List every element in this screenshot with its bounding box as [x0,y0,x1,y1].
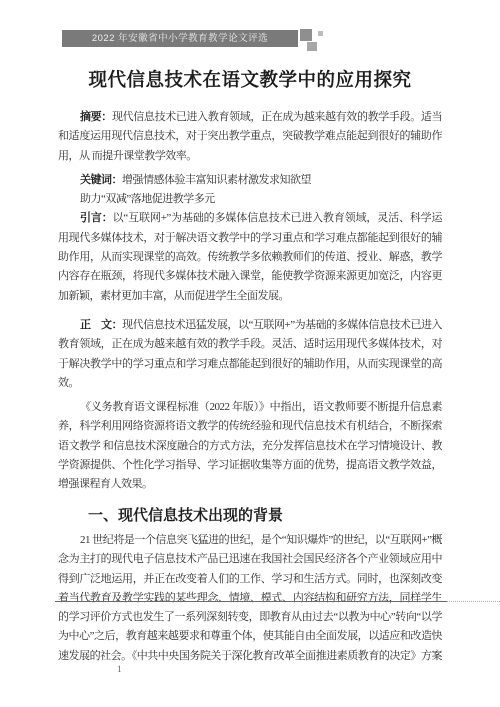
decor-square-small [318,31,323,36]
introduction-label: 引言： [80,212,113,224]
page-number: 1 [117,664,122,674]
abstract-label: 摘要： [80,111,112,123]
header-banner: 2022 年安徽省中小学教育教学论文评选 [62,30,298,47]
document-body: 摘要：现代信息技术已进入教育领域，正在成为越来越有效的教学手段。适当和适度运用现… [58,108,442,663]
decor-square-large [300,29,312,41]
main-text-paragraph-1: 正 文：现代信息技术迅猛发展，以“互联网+”为基础的多媒体信息技术已进入教育领域… [58,316,442,393]
introduction-paragraph: 引言：以“互联网+”为基础的多媒体信息技术已进入教育领域，灵活、科学运 用现代多… [58,209,442,305]
document-page: 2022 年安徽省中小学教育教学论文评选 现代信息技术在语文教学中的应用探究 摘… [0,0,500,707]
keywords-block: 关键词：增强情感体验丰富知识素材激发求知欲望 助力“双减”落地促进教学多元 [58,171,442,210]
main-text-paragraph-2: 《义务教育语文课程标准（2022 年版）》中指出，语文教师要不断提升信息素养，科… [58,398,442,494]
keywords-line-2: 助力“双减”落地促进教学多元 [58,190,442,209]
paper-title: 现代信息技术在语文教学中的应用探究 [0,66,500,92]
introduction-text: 以“互联网+”为基础的多媒体信息技术已进入教育领域，灵活、科学运 用现代多媒体技… [58,212,442,301]
header-banner-text: 2022 年安徽省中小学教育教学论文评选 [92,30,268,47]
keywords-label: 关键词： [80,174,122,186]
decor-square-medium [307,42,317,51]
section-1-heading: 一、现代信息技术出现的背景 [58,506,442,525]
section-1-paragraph: 21 世纪将是一个信息突飞猛进的世纪，是个“知识爆炸”的世纪，以“互联网+”概念… [58,531,442,663]
annotation-line-dotted-segment [447,601,500,602]
keywords-text: 增强情感体验丰富知识素材激发求知欲望 [122,174,311,186]
main-text-label: 正 文： [80,319,122,331]
abstract-paragraph: 摘要：现代信息技术已进入教育领域，正在成为越来越有效的教学手段。适当和适度运用现… [58,108,442,166]
keywords-line-1: 关键词：增强情感体验丰富知识素材激发求知欲望 [58,171,442,190]
abstract-text: 现代信息技术已进入教育领域，正在成为越来越有效的教学手段。适当和适度运用现代信息… [58,111,442,162]
